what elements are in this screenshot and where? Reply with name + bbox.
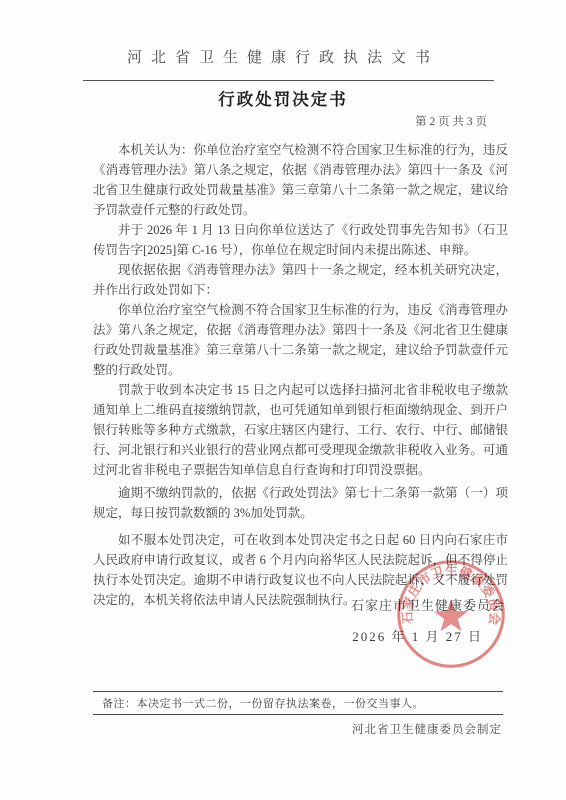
- paragraph-late-payment: 逾期不缴纳罚款的，依据《行政处罚法》第七十二条第一款第（一）项规定，每日按罚款数…: [93, 483, 508, 523]
- paragraph-penalty: 你单位治疗室空气检测不符合国家卫生标准的行为，违反《消毒管理办法》第八条之规定，…: [93, 300, 508, 380]
- header-rule: [83, 80, 494, 81]
- issuer-note: 河北省卫生健康委员会制定: [352, 721, 502, 737]
- paragraph-prior-notice: 并于 2026 年 1 月 13 日向你单位送达了《行政处罚事先告知书》（石卫传…: [93, 220, 508, 260]
- official-seal-stamp: 石家庄市卫生健康委员会: [394, 557, 508, 671]
- seal-star-icon: [436, 601, 467, 630]
- letterhead: 河北省卫生健康行政执法文书: [0, 46, 566, 67]
- paragraph-decision-basis: 现依据依据《消毒管理办法》第四十一条之规定，经本机关研究决定，并作出行政处罚如下…: [93, 260, 508, 300]
- body-text: 本机关认为：你单位治疗室空气检测不符合国家卫生标准的行为，违反《消毒管理办法》第…: [93, 140, 508, 610]
- paragraph-findings: 本机关认为：你单位治疗室空气检测不符合国家卫生标准的行为，违反《消毒管理办法》第…: [93, 140, 508, 220]
- remarks-box: 备注：本决定书一式二份，一份留存执法案卷，一份交当事人。: [93, 691, 503, 715]
- document-page: 河北省卫生健康行政执法文书 行政处罚决定书 第 2 页 共 3 页 本机关认为：…: [0, 0, 566, 800]
- paragraph-payment-methods: 罚款于收到本决定书 15 日之内起可以选择扫描河北省非税收电子缴款通知单上二维码…: [93, 380, 508, 480]
- page-indicator: 第 2 页 共 3 页: [0, 113, 487, 129]
- remarks-text: 备注：本决定书一式二份，一份留存执法案卷，一份交当事人。: [102, 698, 424, 710]
- document-title: 行政处罚决定书: [0, 86, 566, 110]
